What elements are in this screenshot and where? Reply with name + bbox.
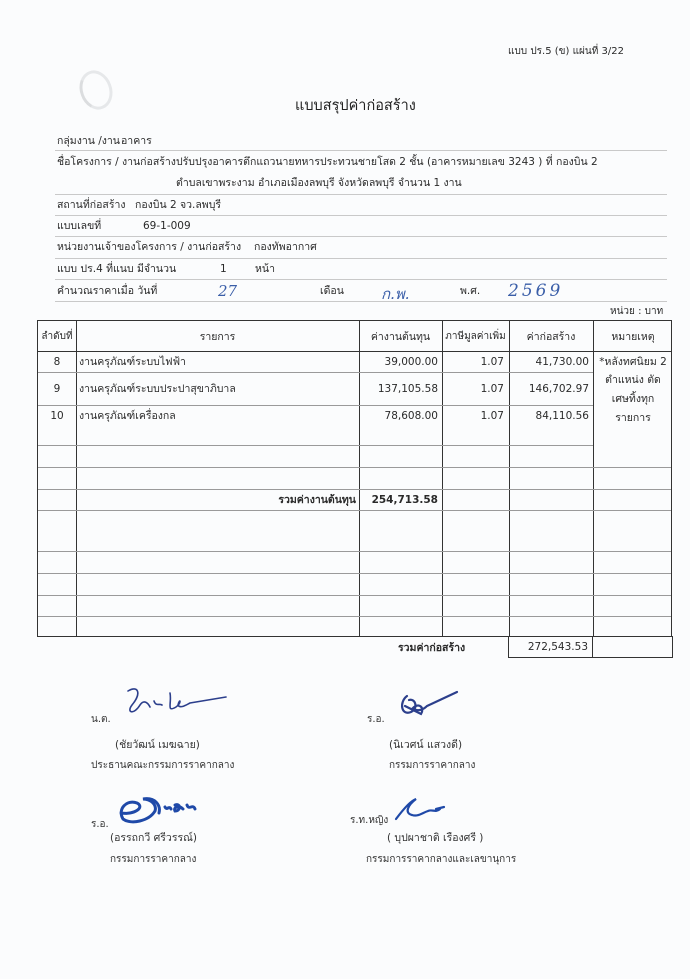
- column-divider: [592, 636, 593, 657]
- drawing-number-label: แบบเลขที่: [57, 221, 101, 232]
- row-item: งานครุภัณฑ์ระบบไฟฟ้า: [79, 357, 186, 368]
- calc-day-handwritten: 27: [218, 282, 237, 300]
- attachment-count: 1: [220, 264, 227, 275]
- location-value: กองบิน 2 จว.ลพบุรี: [135, 200, 221, 211]
- project-name-line2: ตำบลเขาพระงาม อำเภอเมืองลพบุรี จังหวัดลพ…: [176, 178, 462, 189]
- signer-1-name: (ชัยวัฒน์ เมฆฉาย): [115, 736, 200, 753]
- column-divider: [509, 321, 510, 636]
- divider: [55, 236, 667, 237]
- row-divider: [38, 405, 593, 406]
- subtotal-value: 254,713.58: [359, 495, 438, 506]
- row-divider: [38, 372, 593, 373]
- row-seq: 9: [38, 384, 76, 395]
- remark-line: *หลังทศนิยม 2: [593, 357, 673, 368]
- row-divider: [38, 445, 593, 446]
- row-factor: 1.07: [442, 411, 504, 422]
- header-divider: [38, 351, 671, 352]
- project-name-line1: ปรับปรุงอาคารตึกแถวนายทหารประทวนชายโสด 2…: [176, 157, 598, 168]
- row-cost: 39,000.00: [359, 357, 438, 368]
- row-seq: 10: [38, 411, 76, 422]
- month-label: เดือน: [320, 286, 344, 297]
- attachment-unit: หน้า: [255, 264, 275, 275]
- owner-label: หน่วยงานเจ้าของโครงการ / งานก่อสร้าง: [57, 242, 241, 253]
- signature-4: [392, 795, 452, 825]
- row-cost: 78,608.00: [359, 411, 438, 422]
- header-construction: ค่าก่อสร้าง: [509, 332, 593, 343]
- signer-1-rank: น.ต.: [91, 712, 111, 727]
- header-cost: ค่างานต้นทุน: [359, 332, 442, 343]
- subtotal-label: รวมค่างานต้นทุน: [76, 495, 356, 506]
- grand-total-box: 272,543.53: [508, 636, 673, 658]
- row-divider: [38, 616, 671, 617]
- row-factor: 1.07: [442, 384, 504, 395]
- project-label: ชื่อโครงการ / งานก่อสร้าง: [57, 157, 176, 168]
- signer-3-rank: ร.อ.: [91, 817, 109, 832]
- divider: [55, 215, 667, 216]
- row-cost: 137,105.58: [359, 384, 438, 395]
- signature-3: [115, 793, 215, 827]
- column-divider: [359, 321, 360, 636]
- drawing-number-value: 69-1-009: [143, 221, 191, 232]
- signer-1-role: ประธานคณะกรรมการราคากลาง: [91, 758, 234, 773]
- document-title: แบบสรุปค่าก่อสร้าง: [295, 99, 416, 114]
- header-seq: ลำดับที่: [38, 332, 76, 342]
- row-item: งานครุภัณฑ์ระบบประปาสุขาภิบาล: [79, 384, 236, 395]
- signer-4-rank: ร.ท.หญิง: [350, 813, 388, 828]
- owner-value: กองทัพอากาศ: [254, 242, 317, 253]
- remark-line: รายการ: [593, 413, 673, 424]
- divider: [55, 194, 667, 195]
- column-divider: [442, 321, 443, 636]
- calc-month-handwritten: ก.พ.: [381, 282, 410, 306]
- column-divider: [76, 321, 77, 636]
- divider: [55, 150, 667, 151]
- row-divider: [38, 573, 671, 574]
- signer-2-rank: ร.อ.: [367, 712, 385, 727]
- calc-date-label: คำนวณราคาเมื่อ วันที่: [57, 286, 157, 297]
- row-divider: [38, 489, 671, 490]
- signer-2-role: กรรมการราคากลาง: [389, 758, 475, 773]
- faint-seal-mark: [74, 66, 118, 115]
- row-divider: [38, 595, 671, 596]
- row-item: งานครุภัณฑ์เครื่องกล: [79, 411, 176, 422]
- signature-2: [395, 688, 465, 724]
- row-factor: 1.07: [442, 357, 504, 368]
- signature-1: [120, 683, 230, 723]
- divider: [55, 258, 667, 259]
- grand-total-value: 272,543.53: [509, 642, 588, 653]
- column-divider: [593, 321, 594, 636]
- calc-year-handwritten: 2569: [508, 281, 563, 301]
- group-label: กลุ่มงาน /งาน: [57, 136, 120, 147]
- row-divider: [38, 551, 671, 552]
- unit-label: หน่วย : บาท: [610, 307, 663, 317]
- row-divider: [38, 510, 671, 511]
- row-divider: [38, 467, 671, 468]
- signer-4-role: กรรมการราคากลางและเลขานุการ: [366, 852, 516, 867]
- group-value: อาคาร: [121, 136, 152, 147]
- attachment-label: แบบ ปร.4 ที่แนบ มีจำนวน: [57, 264, 176, 275]
- signer-2-name: (นิเวศน์ แสวงดี): [389, 736, 462, 753]
- row-construction: 41,730.00: [509, 357, 589, 368]
- signer-4-name: ( บุปผาชาติ เรืองศรี ): [387, 829, 483, 846]
- remark-line: เศษทิ้งทุก: [593, 394, 673, 405]
- remark-line: ตำแหน่ง ตัด: [593, 375, 673, 386]
- signer-3-role: กรรมการราคากลาง: [110, 852, 196, 867]
- grand-total-label: รวมค่าก่อสร้าง: [398, 643, 465, 654]
- location-label: สถานที่ก่อสร้าง: [57, 200, 126, 211]
- form-code: แบบ ปร.5 (ข) แผ่นที่ 3/22: [508, 47, 624, 57]
- row-construction: 84,110.56: [509, 411, 589, 422]
- header-item: รายการ: [76, 332, 359, 343]
- year-label: พ.ศ.: [460, 286, 480, 297]
- divider: [55, 301, 667, 302]
- signer-3-name: (อรรถกวี ศรีวรรณ์): [110, 829, 197, 846]
- header-vat: ภาษีมูลค่าเพิ่ม: [442, 332, 509, 342]
- divider: [55, 279, 667, 280]
- row-seq: 8: [38, 357, 76, 368]
- row-construction: 146,702.97: [509, 384, 589, 395]
- header-remarks: หมายเหตุ: [593, 332, 673, 343]
- cost-summary-table: ลำดับที่ รายการ ค่างานต้นทุน ภาษีมูลค่าเ…: [37, 320, 672, 637]
